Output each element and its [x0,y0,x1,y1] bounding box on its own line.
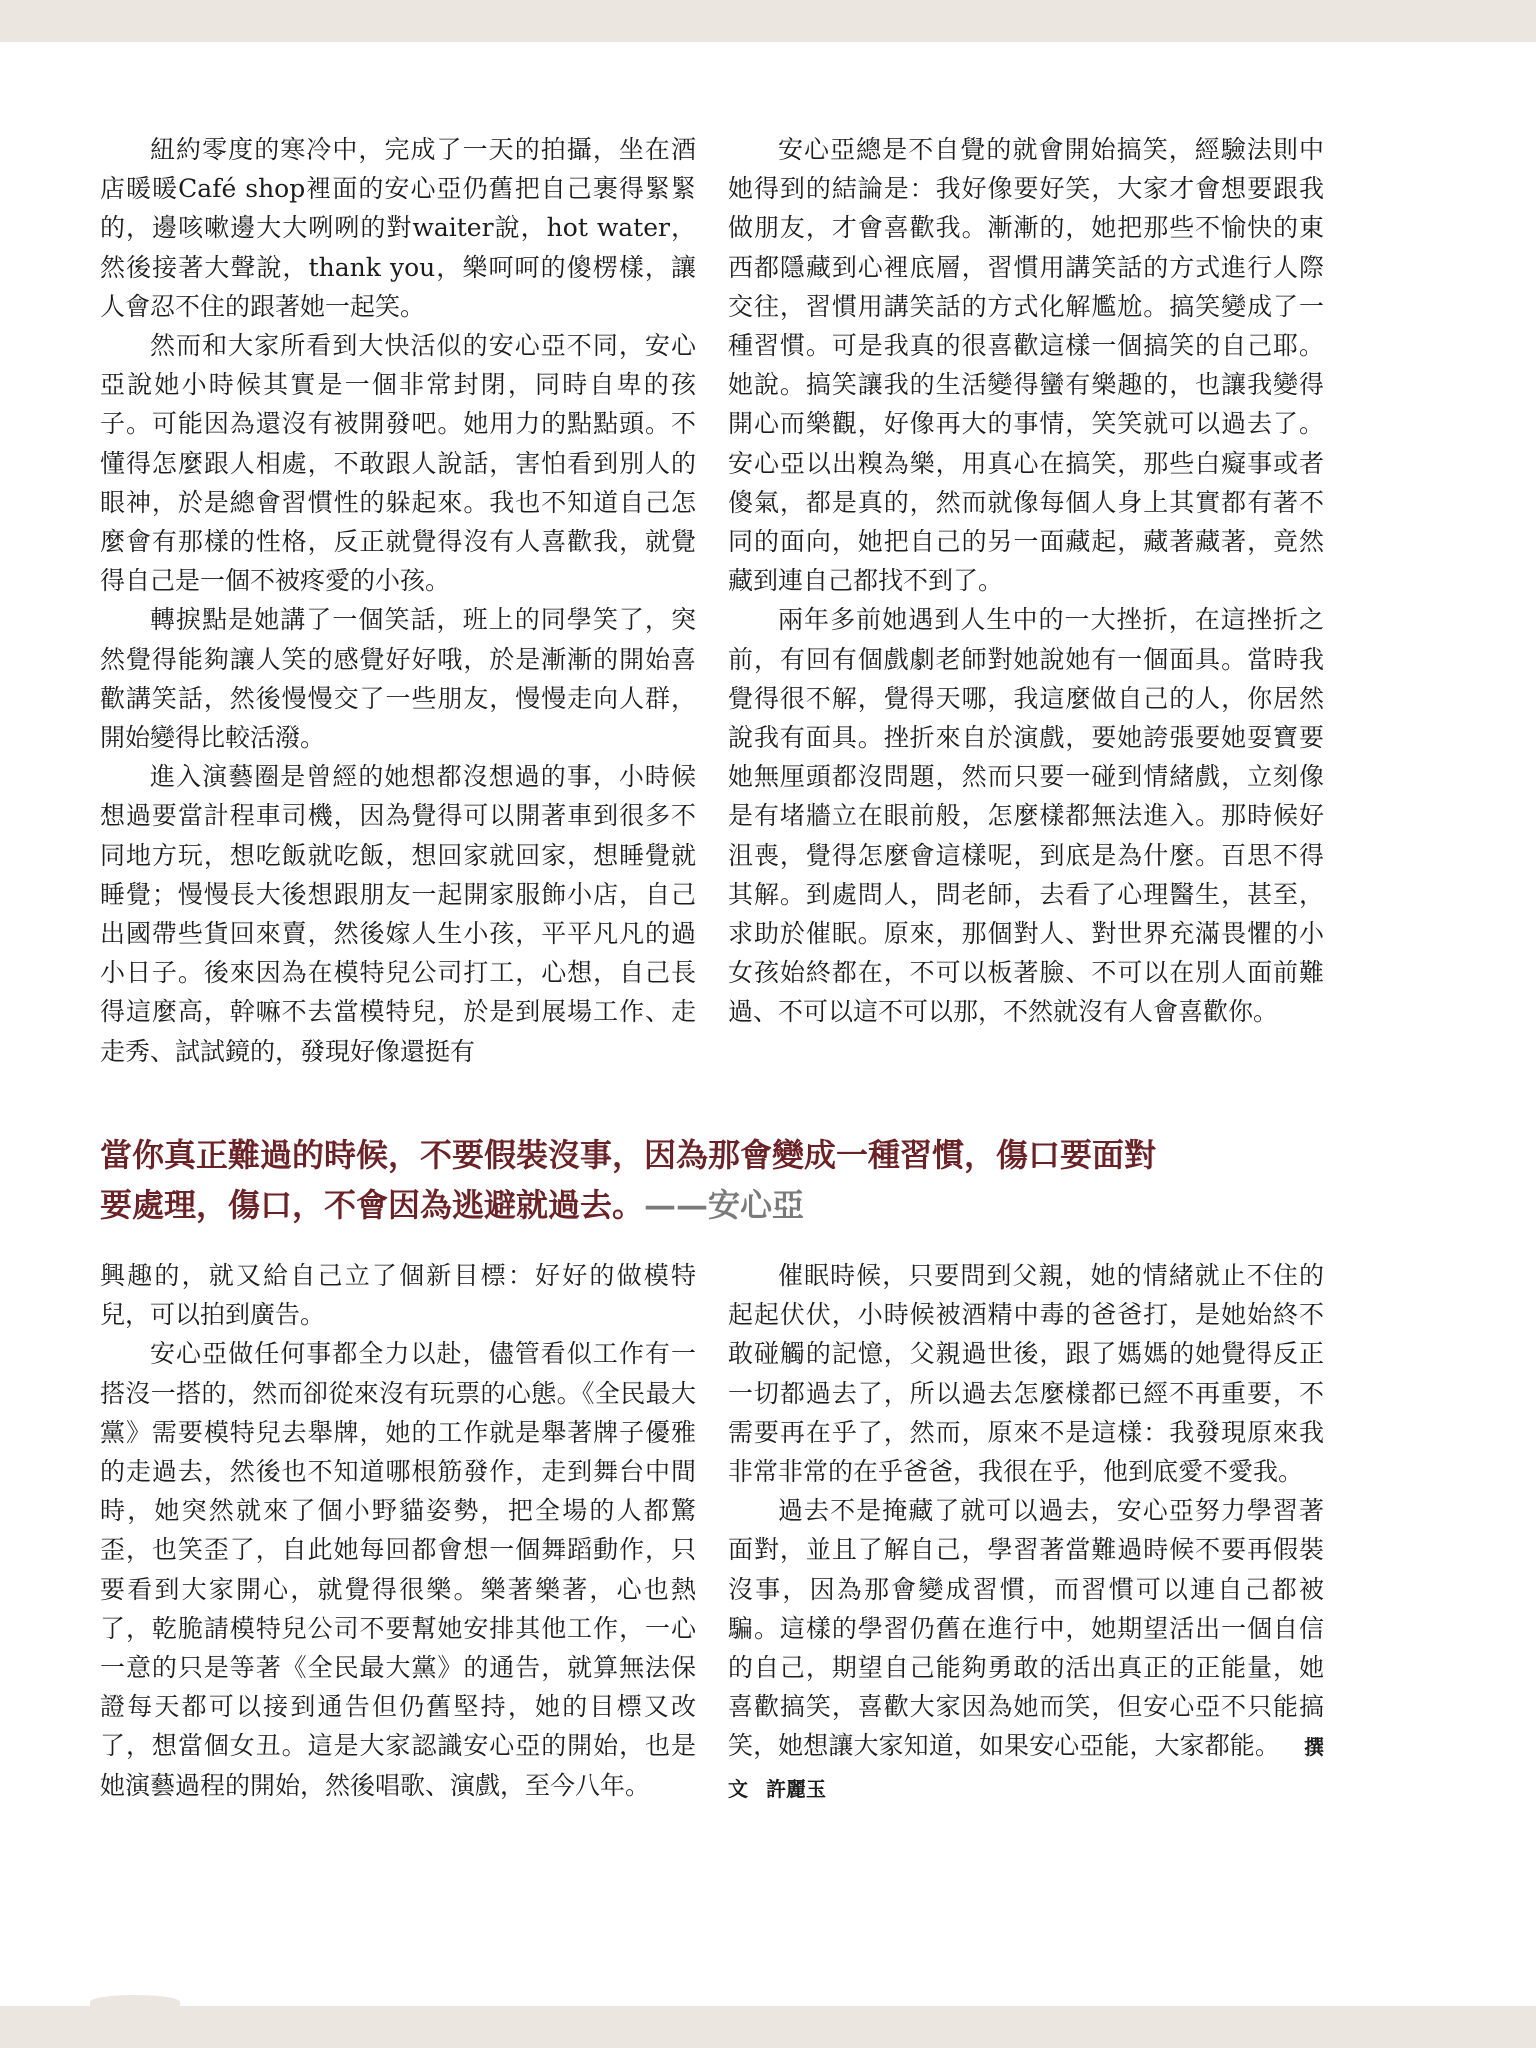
paragraph-continued: 興趣的，就又給自己立了個新目標：好好的做模特兒，可以拍到廣告。 [100,1256,696,1334]
paragraph-text: 過去不是掩藏了就可以過去，安心亞努力學習著面對，並且了解自己，學習著當難過時候不… [728,1496,1324,1760]
paragraph: 安心亞做任何事都全力以赴，儘管看似工作有一搭沒一搭的，然而卻從來沒有玩票的心態。… [100,1334,696,1804]
pull-quote-line-2: 要處理，傷口，不會因為逃避就過去。——安心亞 [100,1180,1340,1230]
column-right-top: 安心亞總是不自覺的就會開始搞笑，經驗法則中她得到的結論是：我好像要好笑，大家才會… [728,130,1324,1032]
paragraph: 催眠時候，只要問到父親，她的情緒就止不住的起起伏伏，小時候被酒精中毒的爸爸打，是… [728,1256,1324,1491]
paragraph: 安心亞總是不自覺的就會開始搞笑，經驗法則中她得到的結論是：我好像要好笑，大家才會… [728,130,1324,600]
column-left-bottom: 興趣的，就又給自己立了個新目標：好好的做模特兒，可以拍到廣告。 安心亞做任何事都… [100,1256,696,1805]
column-left-top: 紐約零度的寒冷中，完成了一天的拍攝，坐在酒店暖暖Café shop裡面的安心亞仍… [100,130,696,1071]
page-top-margin-band [0,0,1536,42]
page-bottom-margin-band [0,2006,1536,2048]
paragraph: 紐約零度的寒冷中，完成了一天的拍攝，坐在酒店暖暖Café shop裡面的安心亞仍… [100,130,696,326]
pull-quote: 當你真正難過的時候，不要假裝沒事，因為那會變成一種習慣，傷口要面對 要處理，傷口… [100,1130,1340,1230]
paragraph: 轉捩點是她講了一個笑話，班上的同學笑了，突然覺得能夠讓人笑的感覺好好哦，於是漸漸… [100,600,696,757]
byline-author: 許麗玉 [766,1777,826,1801]
column-right-bottom: 催眠時候，只要問到父親，她的情緒就止不住的起起伏伏，小時候被酒精中毒的爸爸打，是… [728,1256,1324,1809]
paragraph: 然而和大家所看到大快活似的安心亞不同，安心亞說她小時候其實是一個非常封閉，同時自… [100,326,696,600]
pull-quote-attribution: ——安心亞 [644,1186,804,1224]
pull-quote-line-1: 當你真正難過的時候，不要假裝沒事，因為那會變成一種習慣，傷口要面對 [100,1130,1340,1180]
paragraph-final: 過去不是掩藏了就可以過去，安心亞努力學習著面對，並且了解自己，學習著當難過時候不… [728,1491,1324,1809]
paragraph: 進入演藝圈是曾經的她想都沒想過的事，小時候想過要當計程車司機，因為覺得可以開著車… [100,757,696,1071]
paragraph: 兩年多前她遇到人生中的一大挫折，在這挫折之前，有回有個戲劇老師對她說她有一個面具… [728,600,1324,1031]
pull-quote-text: 要處理，傷口，不會因為逃避就過去。 [100,1186,644,1224]
